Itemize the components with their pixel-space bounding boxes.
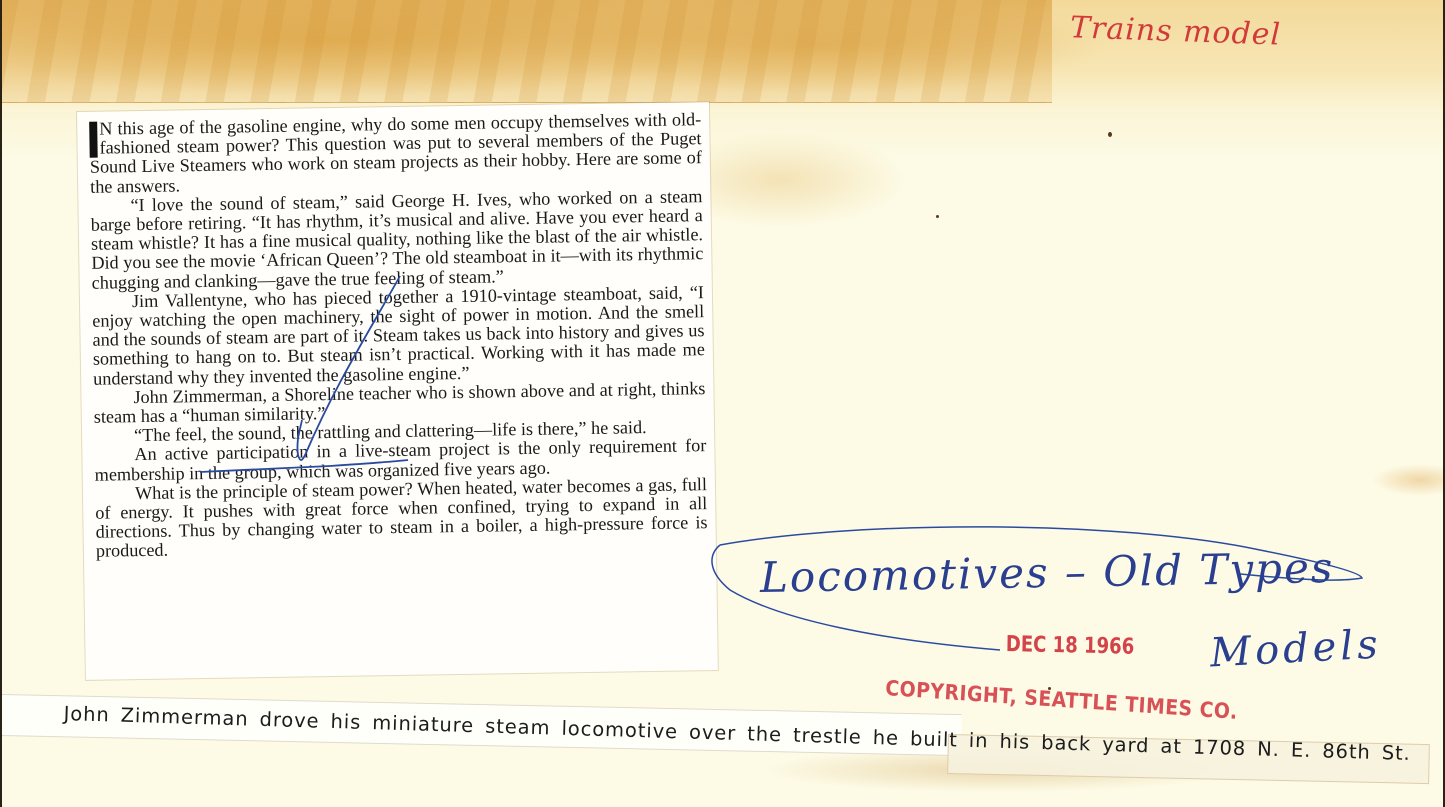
article-paragraph: Jim Vallentyne, who has pieced together … [92,283,705,389]
article-paragraph: “I love the sound of steam,” said George… [90,187,703,293]
water-stain-band [0,0,1052,103]
speck [1108,132,1112,137]
article-body: IN this age of the gasoline engine, why … [89,110,708,561]
handwritten-blue-note: Locomotives – Old Types [760,543,1335,602]
handwritten-red-note: Trains model [1069,10,1281,52]
dropcap: I [89,122,98,158]
article-paragraph: What is the principle of steam power? Wh… [95,475,708,561]
speck [936,215,939,218]
handwritten-blue-note-2: Models [1209,622,1383,677]
date-stamp: DEC 18 1966 [1006,632,1135,660]
article-paragraph: IN this age of the gasoline engine, why … [89,110,702,196]
article-clipping: IN this age of the gasoline engine, why … [77,102,718,680]
